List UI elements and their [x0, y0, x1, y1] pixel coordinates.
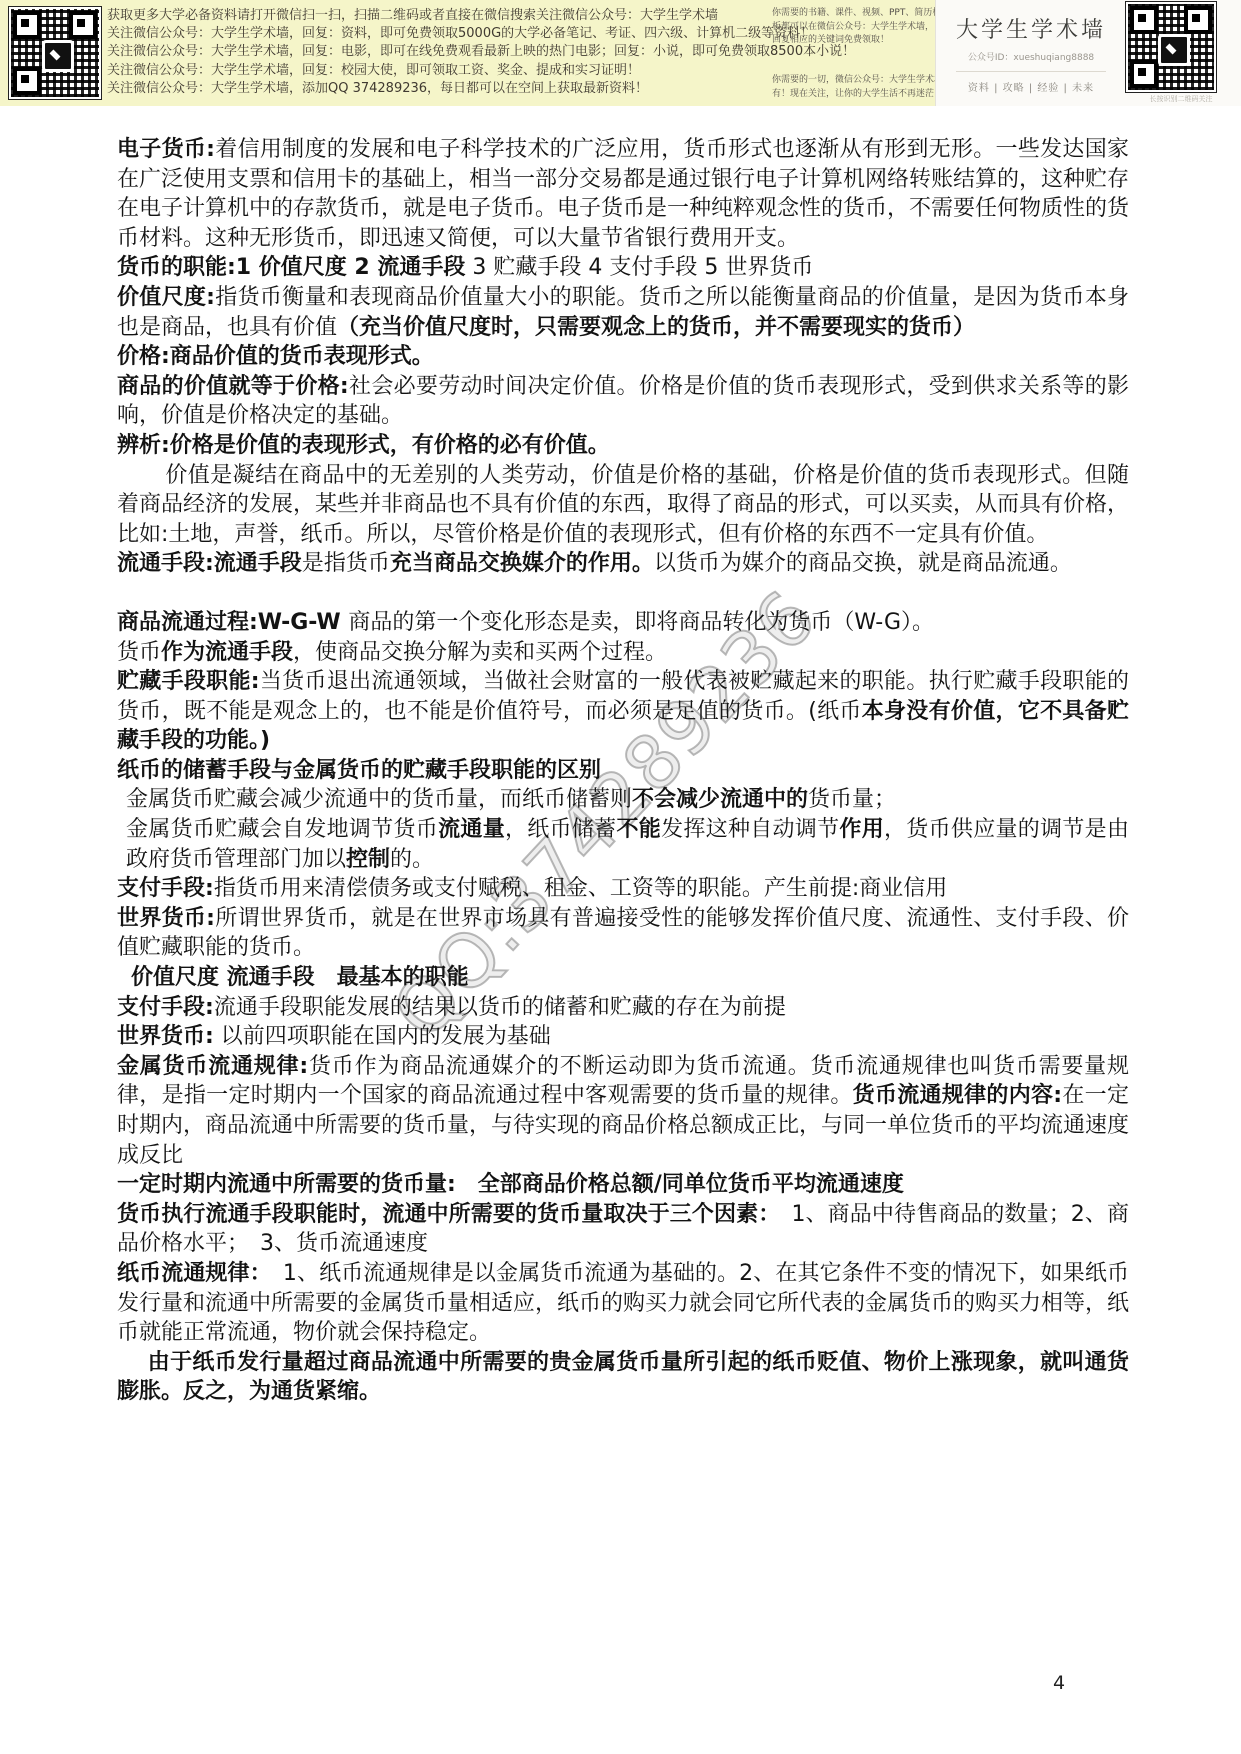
body-paragraph: 辨析:价格是价值的表现形式，有价格的必有价值。 [117, 431, 1129, 461]
bold-text: 不会减少流通中的 [632, 787, 808, 812]
qr-code-icon [1126, 2, 1216, 92]
bold-text: 价值尺度 流通手段 最基本的职能 [131, 965, 469, 990]
body-paragraph: 金属货币流通规律:货币作为商品流通媒介的不断运动即为货币流通。货币流通规律也叫货… [117, 1052, 1129, 1170]
body-paragraph: 由于纸币发行量超过商品流通中所需要的贵金属货币量所引起的纸币贬值、物价上涨现象，… [117, 1348, 1129, 1407]
body-paragraph: 支付手段:流通手段职能发展的结果以货币的储蓄和贮藏的存在为前提 [117, 993, 1129, 1023]
body-paragraph: 价值尺度:指货币衡量和表现商品价值量大小的职能。货币之所以能衡量商品的价值量，是… [117, 283, 1129, 342]
bold-text: 金属货币流通规律: [117, 1054, 308, 1079]
body-paragraph: 纸币流通规律： 1、纸币流通规律是以金属货币流通为基础的。2、在其它条件不变的情… [117, 1259, 1129, 1348]
bold-text: 支付手段: [117, 876, 214, 901]
body-text: 是指货币 [302, 551, 390, 576]
bold-text: 世界货币: [117, 906, 215, 931]
bold-text: 作为流通手段 [161, 640, 293, 665]
body-text: 着信用制度的发展和电子科学技术的广泛应用，货币形式也逐渐从有形到无形。一些发达国… [117, 137, 1129, 251]
bold-text: 作用 [839, 817, 884, 842]
body-text: 所谓世界货币，就是在世界市场具有普遍接受性的能够发挥价值尺度、流通性、支付手段、… [117, 906, 1129, 961]
body-paragraph: 电子货币:着信用制度的发展和电子科学技术的广泛应用，货币形式也逐渐从有形到无形。… [117, 135, 1129, 253]
document-page: 获取更多大学必备资料请打开微信扫一扫，扫描二维码或者直接在微信搜索关注微信公众号… [0, 0, 1241, 1754]
body-paragraph: 贮藏手段职能:当货币退出流通领域，当做社会财富的一般代表被贮藏起来的职能。执行贮… [117, 667, 1129, 756]
body-paragraph: 价值是凝结在商品中的无差别的人类劳动，价值是价格的基础，价格是价值的货币表现形式… [117, 461, 1129, 550]
qr-finder-icon [1184, 6, 1212, 34]
bold-text: 一定时期内流通中所需要的货币量: 全部商品价格总额/同单位货币平均流通速度 [117, 1172, 904, 1197]
qr-finder-icon [13, 67, 41, 95]
body-paragraph: 价格:商品价值的货币表现形式。 [117, 342, 1129, 372]
bold-text: 流通量 [438, 817, 505, 842]
qr-code-icon [9, 7, 101, 99]
body-text: 价值是凝结在商品中的无差别的人类劳动，价值是价格的基础，价格是价值的货币表现形式… [117, 463, 1129, 547]
promo-line: 关注微信公众号：大学生学术墙，回复：电影，即可在线免费观看最新上映的热门电影；回… [107, 43, 855, 61]
body-paragraph: 金属货币贮藏会自发地调节货币流通量，纸币储蓄不能发挥这种自动调节作用，货币供应量… [117, 815, 1129, 874]
qr-finder-icon [69, 11, 97, 39]
brand-card: 大学生学术墙 公众号ID：xueshuqiang8888 资料 | 攻略 | 经… [935, 0, 1241, 106]
promo-text-block: 获取更多大学必备资料请打开微信扫一扫，扫描二维码或者直接在微信搜索关注微信公众号… [107, 7, 855, 98]
qr-finder-icon [1130, 60, 1158, 88]
body-text: 货币量； [808, 787, 896, 812]
promo-line: 获取更多大学必备资料请打开微信扫一扫，扫描二维码或者直接在微信搜索关注微信公众号… [107, 7, 855, 25]
body-paragraph: 商品流通过程:W-G-W 商品的第一个变化形态是卖，即将商品转化为货币（W-G）… [117, 608, 1129, 638]
body-text: 的。 [390, 847, 434, 872]
brand-card-text: 大学生学术墙 公众号ID：xueshuqiang8888 资料 | 攻略 | 经… [936, 13, 1126, 94]
bold-text: 商品的价值就等于价格: [117, 374, 349, 399]
bold-text: 价值尺度: [117, 285, 215, 310]
body-text: 金属货币贮藏会自发地调节货币 [126, 817, 438, 842]
bold-text: 支付手段: [117, 995, 214, 1020]
body-text: 商品的第一个变化形态是卖，即将商品转化为货币（W-G）。 [348, 610, 934, 635]
bold-text: 纸币流通规律： [117, 1261, 261, 1286]
bold-text: 不能 [616, 817, 661, 842]
bold-text: 流通手段:流通手段 [117, 551, 302, 576]
body-paragraph: 世界货币: 以前四项职能在国内的发展为基础 [117, 1022, 1129, 1052]
graduation-cap-icon [42, 40, 74, 72]
bold-text: 充当商品交换媒介的作用。 [390, 551, 654, 576]
bold-text: 电子货币: [117, 137, 215, 162]
bold-text: 世界货币: [117, 1024, 214, 1049]
brand-title: 大学生学术墙 [936, 13, 1126, 44]
body-paragraph: 流通手段:流通手段是指货币充当商品交换媒介的作用。以货币为媒介的商品交换，就是商… [117, 549, 1129, 579]
body-text: 流通手段职能发展的结果以货币的储蓄和贮藏的存在为前提 [214, 995, 786, 1020]
body-paragraph: 金属货币贮藏会减少流通中的货币量，而纸币储蓄则不会减少流通中的货币量； [117, 785, 1129, 815]
body-paragraph: 货币的职能:1 价值尺度 2 流通手段 3 贮藏手段 4 支付手段 5 世界货币 [117, 253, 1129, 283]
qr-caption: 长按识别二维码关注 [1126, 94, 1236, 104]
page-number: 4 [1053, 1672, 1065, 1694]
body-paragraph: 货币作为流通手段，使商品交换分解为卖和买两个过程。 [117, 638, 1129, 668]
body-paragraph: 纸币的储蓄手段与金属货币的贮藏手段职能的区别 [117, 756, 1129, 786]
body-text: 发挥这种自动调节 [661, 817, 839, 842]
body-paragraph: 支付手段:指货币用来清偿债务或支付赋税、租金、工资等的职能。产生前提:商业信用 [117, 874, 1129, 904]
body-paragraph: 世界货币:所谓世界货币，就是在世界市场具有普遍接受性的能够发挥价值尺度、流通性、… [117, 904, 1129, 963]
bold-text: 商品流通过程:W-G-W [117, 610, 348, 635]
promo-line: 关注微信公众号：大学生学术墙，回复：资料，即可免费领取5000G的大学必备笔记、… [107, 25, 855, 43]
body-text: 指货币用来清偿债务或支付赋税、租金、工资等的职能。产生前提:商业信用 [214, 876, 947, 901]
body-paragraph: 一定时期内流通中所需要的货币量: 全部商品价格总额/同单位货币平均流通速度 [117, 1170, 1129, 1200]
bold-text: 辨析:价格是价值的表现形式，有价格的必有价值。 [117, 433, 610, 458]
body-text: 以货币为媒介的商品交换，就是商品流通。 [654, 551, 1072, 576]
brand-qr-wrap: 长按识别二维码关注 [1126, 2, 1236, 104]
qr-finder-icon [13, 11, 41, 39]
body-paragraph: 货币执行流通手段职能时，流通中所需要的货币量取决于三个因素： 1、商品中待售商品… [117, 1200, 1129, 1259]
bold-text: 货币的职能:1 价值尺度 2 流通手段 [117, 255, 465, 280]
body-text: 1、纸币流通规律是以金属货币流通为基础的。2、在其它条件不变的情况下，如果纸币发… [117, 1261, 1129, 1345]
bold-text: 纸币的储蓄手段与金属货币的贮藏手段职能的区别 [117, 758, 601, 783]
qr-finder-icon [1130, 6, 1158, 34]
body-text: 货币 [117, 640, 161, 665]
body-text: 金属货币贮藏会减少流通中的货币量，而纸币储蓄则 [126, 787, 632, 812]
graduation-cap-icon [1158, 34, 1190, 66]
body-text: 以前四项职能在国内的发展为基础 [214, 1024, 551, 1049]
promo-line: 关注微信公众号：大学生学术墙，添加QQ 374289236，每日都可以在空间上获… [107, 80, 855, 98]
bold-text: 控制 [346, 847, 390, 872]
bold-text: 由于纸币发行量超过商品流通中所需要的贵金属货币量所引起的纸币贬值、物价上涨现象，… [117, 1350, 1129, 1405]
brand-tags: 资料 | 攻略 | 经验 | 未来 [936, 79, 1126, 94]
bold-text: （充当价值尺度时，只需要观念上的货币，并不需要现实的货币） [337, 315, 975, 340]
document-body: 电子货币:着信用制度的发展和电子科学技术的广泛应用，货币形式也逐渐从有形到无形。… [117, 135, 1129, 1407]
bold-text: 货币流通规律的内容: [853, 1083, 1062, 1108]
bold-text: 货币执行流通手段职能时，流通中所需要的货币量取决于三个因素： [117, 1202, 769, 1227]
bold-text: 价格:商品价值的货币表现形式。 [117, 344, 434, 369]
brand-account-id: 公众号ID：xueshuqiang8888 [936, 50, 1126, 63]
body-text: 3 贮藏手段 4 支付手段 5 世界货币 [465, 255, 813, 280]
body-paragraph: 价值尺度 流通手段 最基本的职能 [117, 963, 1129, 993]
bold-text: 贮藏手段职能: [117, 669, 260, 694]
divider [956, 71, 1106, 72]
promo-line: 关注微信公众号：大学生学术墙，回复：校园大使，即可领取工资、奖金、提成和实习证明… [107, 62, 855, 80]
body-paragraph: 商品的价值就等于价格:社会必要劳动时间决定价值。价格是价值的货币表现形式，受到供… [117, 372, 1129, 431]
promo-note-top: 你需要的书籍、课件、视频、PPT、简历模板都可以在微信公众号：大学生学术墙，回复… [772, 7, 942, 48]
body-text: ，纸币储蓄 [505, 817, 616, 842]
body-text: ，使商品交换分解为卖和买两个过程。 [293, 640, 667, 665]
promo-banner: 获取更多大学必备资料请打开微信扫一扫，扫描二维码或者直接在微信搜索关注微信公众号… [0, 0, 1241, 106]
